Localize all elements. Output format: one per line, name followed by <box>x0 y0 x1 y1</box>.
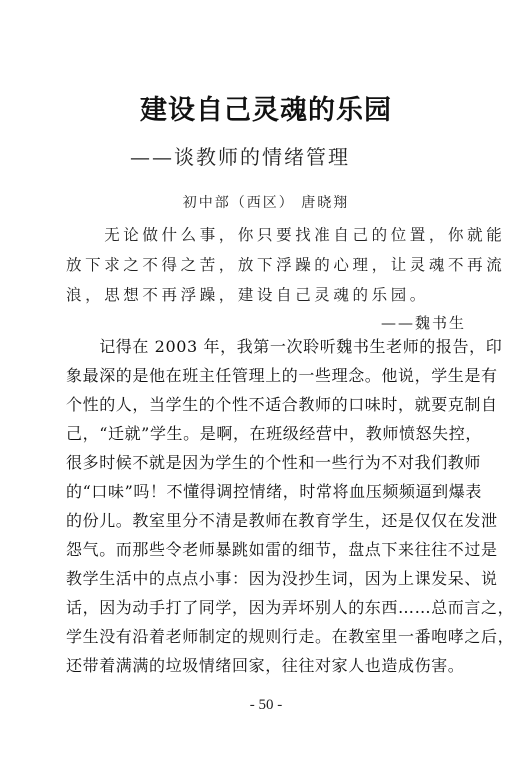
body-line: 很多时候不就是因为学生的个性和一些行为不对我们教师 <box>66 450 468 473</box>
article-title: 建设自己灵魂的乐园 <box>0 88 532 127</box>
author-line: 初中部（西区） 唐晓翔 <box>0 192 532 212</box>
body-line: 的“口味”吗！不懂得调控情绪，时常将血压频频逼到爆表 <box>66 479 468 502</box>
body-line: 怨气。而那些令老师暴跳如雷的细节，盘点下来往往不过是 <box>66 537 468 560</box>
body-line: 个性的人，当学生的个性不适合教师的口味时，就要克制自 <box>66 392 468 415</box>
epigraph-line: 浪，思想不再浮躁，建设自己灵魂的乐园。 <box>66 283 466 305</box>
body-line: 的份儿。教室里分不清是教师在教育学生，还是仅仅在发泄 <box>66 508 468 531</box>
body-line: 教学生活中的点点小事：因为没抄生词，因为上课发呆、说 <box>66 566 468 589</box>
body-line: 学生没有沿着老师制定的规则行走。在教室里一番咆哮之后， <box>66 624 468 647</box>
epigraph-line: 放下求之不得之苦，放下浮躁的心理，让灵魂不再流 <box>66 253 466 275</box>
article-subtitle: ——谈教师的情绪管理 <box>130 141 430 170</box>
page-number: - 50 - <box>0 697 532 714</box>
epigraph-line: 无论做什么事，你只要找准自己的位置，你就能 <box>66 223 466 245</box>
body-line: 象最深的是他在班主任管理上的一些理念。他说，学生是有 <box>66 363 468 386</box>
epigraph-source: ——魏书生 <box>381 312 466 333</box>
body-line: 己，“迁就”学生。是啊，在班级经营中，教师愤怒失控， <box>66 421 468 444</box>
body-line: 记得在 2003 年，我第一次聆听魏书生老师的报告，印 <box>66 334 468 357</box>
body-line: 还带着满满的垃圾情绪回家，往往对家人也造成伤害。 <box>66 653 468 676</box>
body-line: 话，因为动手打了同学，因为弄坏别人的东西……总而言之， <box>66 595 468 618</box>
